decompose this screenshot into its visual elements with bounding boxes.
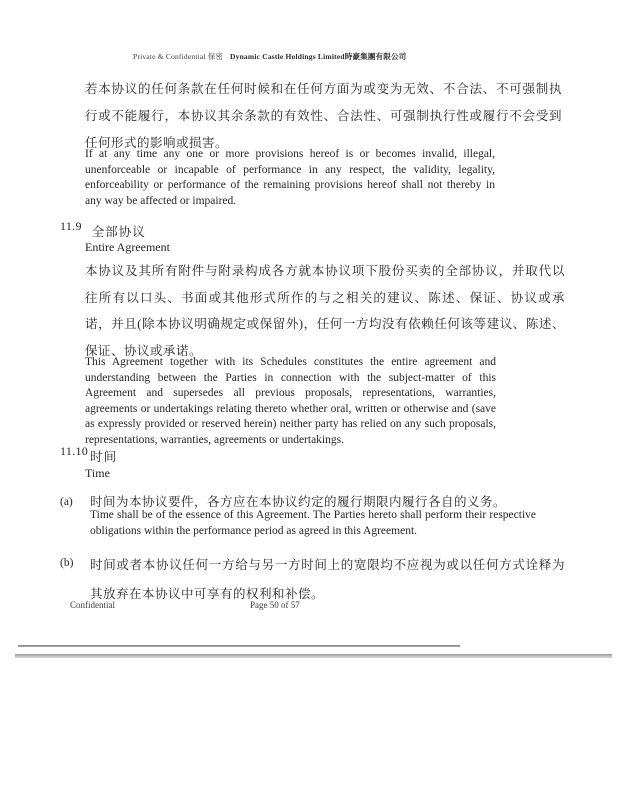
- severability-paragraph-en: If at any time any one or more provision…: [85, 147, 495, 209]
- footer-page-number: Page 50 of 57: [250, 600, 300, 610]
- entire-agreement-paragraph-en: This Agreement together with its Schedul…: [85, 355, 496, 448]
- section-11-10-number: 11.10: [60, 444, 88, 471]
- document-page: Private & Confidential 保密 Dynamic Castle…: [0, 0, 626, 810]
- header-company-name: Dynamic Castle Holdings Limited時豪集團有限公司: [230, 51, 406, 62]
- entire-agreement-paragraph-zh: 本协议及其所有附件与附录构成各方就本协议项下股份买卖的全部协议，并取代以往所有以…: [85, 258, 565, 364]
- item-a-marker: (a): [60, 490, 90, 514]
- section-11-9-title-en: Entire Agreement: [85, 240, 170, 255]
- header-confidential-label: Private & Confidential 保密: [133, 51, 223, 62]
- page-divider-line-bottom: [15, 654, 612, 658]
- item-b-text-zh: 时间或者本协议任何一方给与另一方时间上的宽限均不应视为或以任何方式诠释为其放弃在…: [90, 551, 565, 609]
- item-a-text-en: Time shall be of the essence of this Agr…: [90, 508, 536, 539]
- section-11-9-number: 11.9: [60, 219, 82, 246]
- time-item-b: (b) 时间或者本协议任何一方给与另一方时间上的宽限均不应视为或以任何方式诠释为…: [60, 551, 565, 609]
- section-11-10-title-en: Time: [85, 466, 110, 481]
- footer-confidential-label: Confidential: [70, 600, 115, 610]
- page-divider-line-top: [18, 645, 460, 647]
- severability-paragraph-zh: 若本协议的任何条款在任何时候和在任何方面为或变为无效、不合法、不可强制执行或不能…: [85, 76, 562, 157]
